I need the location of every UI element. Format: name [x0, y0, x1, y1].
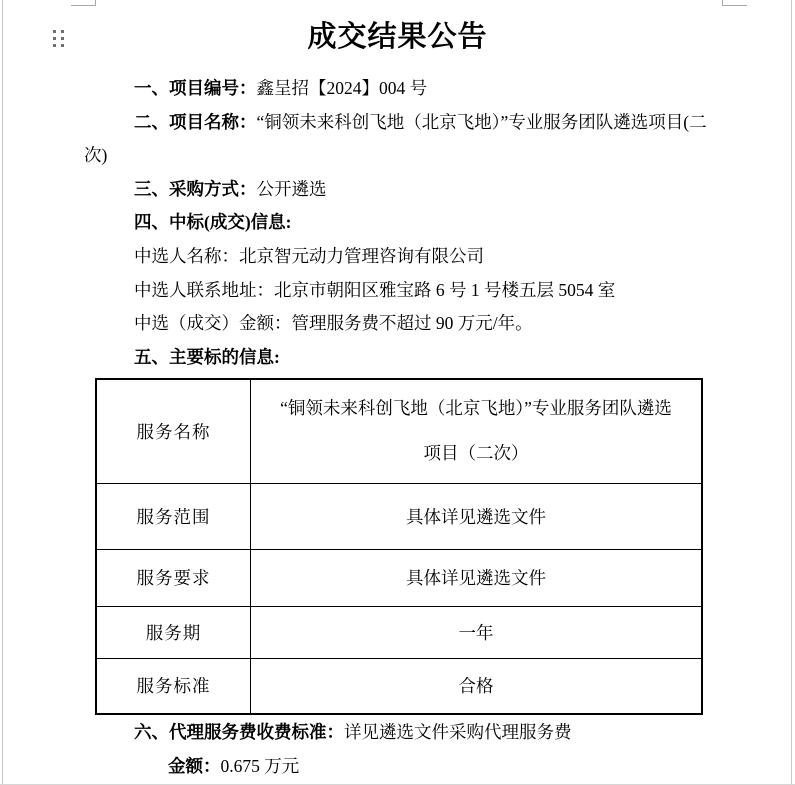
- paragraph-winner-address: 中选人联系地址：北京市朝阳区雅宝路 6 号 1 号楼五层 5054 室: [84, 274, 711, 308]
- service-period-header: 服务期: [96, 606, 251, 658]
- procurement-method-label: 三、采购方式：: [134, 179, 257, 199]
- project-number-value: 鑫呈招【2024】004 号: [257, 78, 428, 98]
- project-name-label: 二、项目名称：: [134, 112, 257, 132]
- service-period-value: 一年: [251, 606, 703, 658]
- agency-fee-value: 详见遴选文件采购代理服务费: [344, 722, 572, 742]
- table-row: 服务期 一年: [96, 606, 702, 658]
- page-edge-left: [2, 0, 3, 785]
- paragraph-award-amount: 中选（成交）金额：管理服务费不超过 90 万元/年。: [84, 307, 711, 341]
- page-edge-right: [791, 0, 792, 785]
- project-number-label: 一、项目编号：: [134, 78, 257, 98]
- service-scope-header: 服务范围: [96, 483, 251, 549]
- paragraph-procurement-method: 三、采购方式：公开遴选: [84, 173, 711, 207]
- agency-fee-label: 六、代理服务费收费标准：: [134, 722, 344, 742]
- heading-award-info: 四、中标(成交)信息:: [84, 206, 711, 240]
- service-scope-value: 具体详见遴选文件: [251, 483, 703, 549]
- paragraph-project-number: 一、项目编号：鑫呈招【2024】004 号: [84, 72, 711, 106]
- paragraph-project-name: 二、项目名称：“铜领未来科创飞地（北京飞地）”专业服务团队遴选项目(二次): [84, 106, 711, 173]
- drag-handle-icon[interactable]: [53, 30, 64, 47]
- procurement-method-value: 公开遴选: [257, 179, 327, 199]
- table-row: 服务标准 合格: [96, 658, 702, 714]
- service-requirement-value: 具体详见遴选文件: [251, 549, 703, 606]
- document-body: 一、项目编号：鑫呈招【2024】004 号 二、项目名称：“铜领未来科创飞地（北…: [84, 72, 711, 374]
- document-page: { "document": { "title": "成交结果公告", "para…: [0, 0, 795, 785]
- service-requirement-header: 服务要求: [96, 549, 251, 606]
- heading-main-subject-info: 五、主要标的信息:: [84, 341, 711, 375]
- text-boundary-corner-left-icon: [71, 0, 96, 6]
- text-boundary-corner-right-icon: [722, 0, 747, 6]
- service-name-value: “铜领未来科创飞地（北京飞地）”专业服务团队遴选 项目（二次）: [251, 379, 703, 483]
- paragraph-agency-fee-standard: 六、代理服务费收费标准：详见遴选文件采购代理服务费: [84, 716, 711, 750]
- amount-label: 金额：: [168, 756, 221, 776]
- paragraph-agency-fee-amount: 金额：0.675 万元: [84, 750, 711, 784]
- page-title: 成交结果公告: [84, 20, 711, 54]
- service-standard-value: 合格: [251, 658, 703, 714]
- service-standard-header: 服务标准: [96, 658, 251, 714]
- paragraph-winner-name: 中选人名称：北京智元动力管理咨询有限公司: [84, 240, 711, 274]
- document-footer: 六、代理服务费收费标准：详见遴选文件采购代理服务费 金额：0.675 万元: [84, 716, 711, 783]
- table-row: 服务范围 具体详见遴选文件: [96, 483, 702, 549]
- table-row: 服务要求 具体详见遴选文件: [96, 549, 702, 606]
- table-row: 服务名称 “铜领未来科创飞地（北京飞地）”专业服务团队遴选 项目（二次）: [96, 379, 702, 483]
- subject-info-table: 服务名称 “铜领未来科创飞地（北京飞地）”专业服务团队遴选 项目（二次） 服务范…: [95, 378, 703, 715]
- amount-value: 0.675 万元: [221, 756, 300, 776]
- service-name-header: 服务名称: [96, 379, 251, 483]
